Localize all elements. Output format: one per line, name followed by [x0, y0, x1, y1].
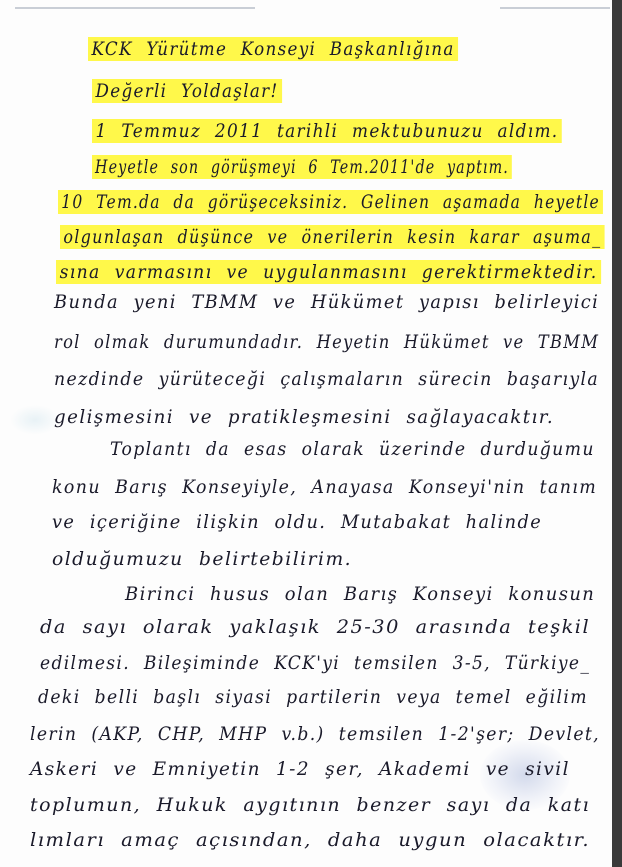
letter-line: Birinci husus olan Barış Konseyi konusun: [125, 581, 595, 607]
handwritten-text: ve içeriğine ilişkin oldu. Mutabakat hal…: [52, 511, 542, 533]
handwritten-text: olduğumuzu belirtebilirim.: [52, 548, 352, 570]
handwritten-text: Birinci husus olan Barış Konseyi konusun: [125, 583, 595, 605]
letter-line: Bunda yeni TBMM ve Hükümet yapısı belirl…: [54, 289, 599, 315]
highlighted-text: 1 Temmuz 2011 tarihli mektubunuzu aldım.: [92, 119, 562, 143]
handwritten-text: konu Barış Konseyiyle, Anayasa Konseyi'n…: [52, 476, 597, 498]
highlighted-text: KCK Yürütme Konseyi Başkanlığına: [88, 37, 458, 61]
letter-line: rol olmak durumundadır. Heyetin Hükümet …: [54, 329, 599, 355]
handwritten-text: lımları amaç açısından, daha uygun olaca…: [30, 829, 590, 851]
handwritten-text: Bunda yeni TBMM ve Hükümet yapısı belirl…: [54, 291, 599, 313]
letter-line: gelişmesini ve pratikleşmesini sağlayaca…: [54, 404, 554, 430]
letter-line: 1 Temmuz 2011 tarihli mektubunuzu aldım.: [92, 118, 562, 144]
highlighted-text: Değerli Yoldaşlar!: [92, 79, 282, 103]
handwritten-text: nezdinde yürüteceği çalışmaların sürecin…: [54, 368, 599, 390]
scan-edge-line: [15, 7, 255, 9]
highlighted-text: Heyetle son görüşmeyi 6 Tem.2011'de yapt…: [92, 155, 512, 179]
handwritten-text: Askeri ve Emniyetin 1-2 şer, Akademi ve …: [30, 758, 570, 780]
handwritten-text: edilmesi. Bileşiminde KCK'yi temsilen 3-…: [40, 652, 590, 674]
letter-line: lımları amaç açısından, daha uygun olaca…: [30, 827, 590, 853]
letter-line: toplumun, Hukuk aygıtının benzer sayı da…: [30, 792, 590, 818]
letter-line: sına varmasını ve uygulanmasını gerektir…: [56, 259, 601, 285]
ink-smudge: [10, 405, 60, 435]
highlighted-text: olgunlaşan düşünce ve önerilerin kesin k…: [60, 225, 605, 249]
handwritten-text: da sayı olarak yaklaşık 25-30 arasında t…: [40, 616, 590, 638]
letter-line: nezdinde yürüteceği çalışmaların sürecin…: [54, 366, 599, 392]
letter-line: Askeri ve Emniyetin 1-2 şer, Akademi ve …: [30, 756, 570, 782]
letter-line: lerin (AKP, CHP, MHP v.b.) temsilen 1-2'…: [30, 721, 600, 747]
letter-line: olgunlaşan düşünce ve önerilerin kesin k…: [60, 224, 605, 250]
highlighted-text: sına varmasını ve uygulanmasını gerektir…: [56, 260, 601, 284]
scanned-letter-page: KCK Yürütme Konseyi BaşkanlığınaDeğerli …: [0, 0, 622, 867]
letter-line: 10 Tem.da da görüşeceksiniz. Gelinen aşa…: [58, 189, 603, 215]
letter-line: Heyetle son görüşmeyi 6 Tem.2011'de yapt…: [92, 154, 512, 180]
letter-line: Toplantı da esas olarak üzerinde durduğu…: [110, 436, 595, 462]
handwritten-text: rol olmak durumundadır. Heyetin Hükümet …: [54, 331, 599, 353]
letter-line: Değerli Yoldaşlar!: [92, 78, 282, 104]
letter-line: edilmesi. Bileşiminde KCK'yi temsilen 3-…: [40, 650, 590, 676]
handwritten-text: lerin (AKP, CHP, MHP v.b.) temsilen 1-2'…: [30, 723, 600, 745]
handwritten-text: deki belli başlı siyasi partilerin veya …: [38, 686, 588, 708]
handwritten-text: toplumun, Hukuk aygıtının benzer sayı da…: [30, 794, 590, 816]
handwritten-text: gelişmesini ve pratikleşmesini sağlayaca…: [54, 406, 554, 428]
letter-line: KCK Yürütme Konseyi Başkanlığına: [88, 36, 458, 62]
scan-edge-line: [500, 7, 610, 9]
handwritten-text: Toplantı da esas olarak üzerinde durduğu…: [110, 438, 595, 460]
highlighted-text: 10 Tem.da da görüşeceksiniz. Gelinen aşa…: [58, 190, 603, 214]
letter-line: ve içeriğine ilişkin oldu. Mutabakat hal…: [52, 509, 542, 535]
letter-line: olduğumuzu belirtebilirim.: [52, 546, 352, 572]
letter-line: da sayı olarak yaklaşık 25-30 arasında t…: [40, 614, 590, 640]
letter-line: deki belli başlı siyasi partilerin veya …: [38, 684, 588, 710]
letter-line: konu Barış Konseyiyle, Anayasa Konseyi'n…: [52, 474, 597, 500]
